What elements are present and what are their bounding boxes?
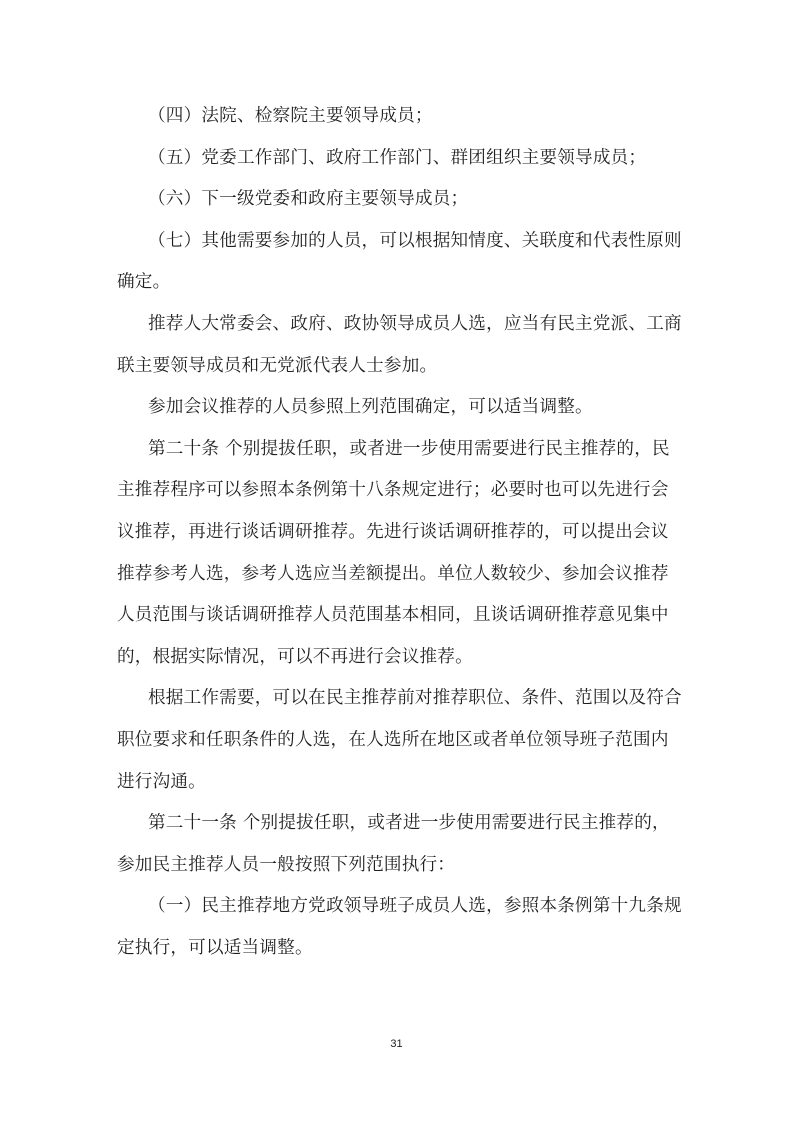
list-item-5-work-departments: （五）党委工作部门、政府工作部门、群团组织主要领导成员； xyxy=(117,138,677,180)
text-line: 确定。 xyxy=(117,262,677,304)
paragraph-meeting-participants: 参加会议推荐的人员参照上列范围确定，可以适当调整。 xyxy=(117,387,677,429)
paragraph-work-needs: 根据工作需要，可以在民主推荐前对推荐职位、条件、范围以及符合 xyxy=(117,678,677,720)
list-item-7-other-personnel: （七）其他需要参加的人员，可以根据知情度、关联度和代表性原则 xyxy=(117,221,677,263)
article-20-heading: 第二十条 个别提拔任职，或者进一步使用需要进行民主推荐的，民 xyxy=(117,429,677,471)
text-line: 的，根据实际情况，可以不再进行会议推荐。 xyxy=(117,637,677,679)
list-item-1-local-leaders: （一）民主推荐地方党政领导班子成员人选，参照本条例第十九条规 xyxy=(117,886,677,928)
list-item-6-lower-level-leaders: （六）下一级党委和政府主要领导成员； xyxy=(117,179,677,221)
text-line: 推荐参考人选，参考人选应当差额提出。单位人数较少、参加会议推荐 xyxy=(117,554,677,596)
text-line: 主推荐程序可以参照本条例第十八条规定进行；必要时也可以先进行会 xyxy=(117,470,677,512)
text-line: 进行沟通。 xyxy=(117,762,677,804)
text-line: 参加民主推荐人员一般按照下列范围执行： xyxy=(117,845,677,887)
text-line: 职位要求和任职条件的人选，在人选所在地区或者单位领导班子范围内 xyxy=(117,720,677,762)
text-line: 定执行，可以适当调整。 xyxy=(117,928,677,970)
list-item-4-courts-procuratorates: （四）法院、检察院主要领导成员； xyxy=(117,96,677,138)
text-line: 议推荐，再进行谈话调研推荐。先进行谈话调研推荐的，可以提出会议 xyxy=(117,512,677,554)
document-page: （四）法院、检察院主要领导成员； （五）党委工作部门、政府工作部门、群团组织主要… xyxy=(0,0,793,1122)
body-text: （四）法院、检察院主要领导成员； （五）党委工作部门、政府工作部门、群团组织主要… xyxy=(117,96,677,969)
article-21-heading: 第二十一条 个别提拔任职，或者进一步使用需要进行民主推荐的， xyxy=(117,803,677,845)
text-line: 人员范围与谈话调研推荐人员范围基本相同，且谈话调研推荐意见集中 xyxy=(117,595,677,637)
page-number: 31 xyxy=(0,1038,793,1050)
paragraph-npc-recommendation: 推荐人大常委会、政府、政协领导成员人选，应当有民主党派、工商 xyxy=(117,304,677,346)
text-line: 联主要领导成员和无党派代表人士参加。 xyxy=(117,346,677,388)
